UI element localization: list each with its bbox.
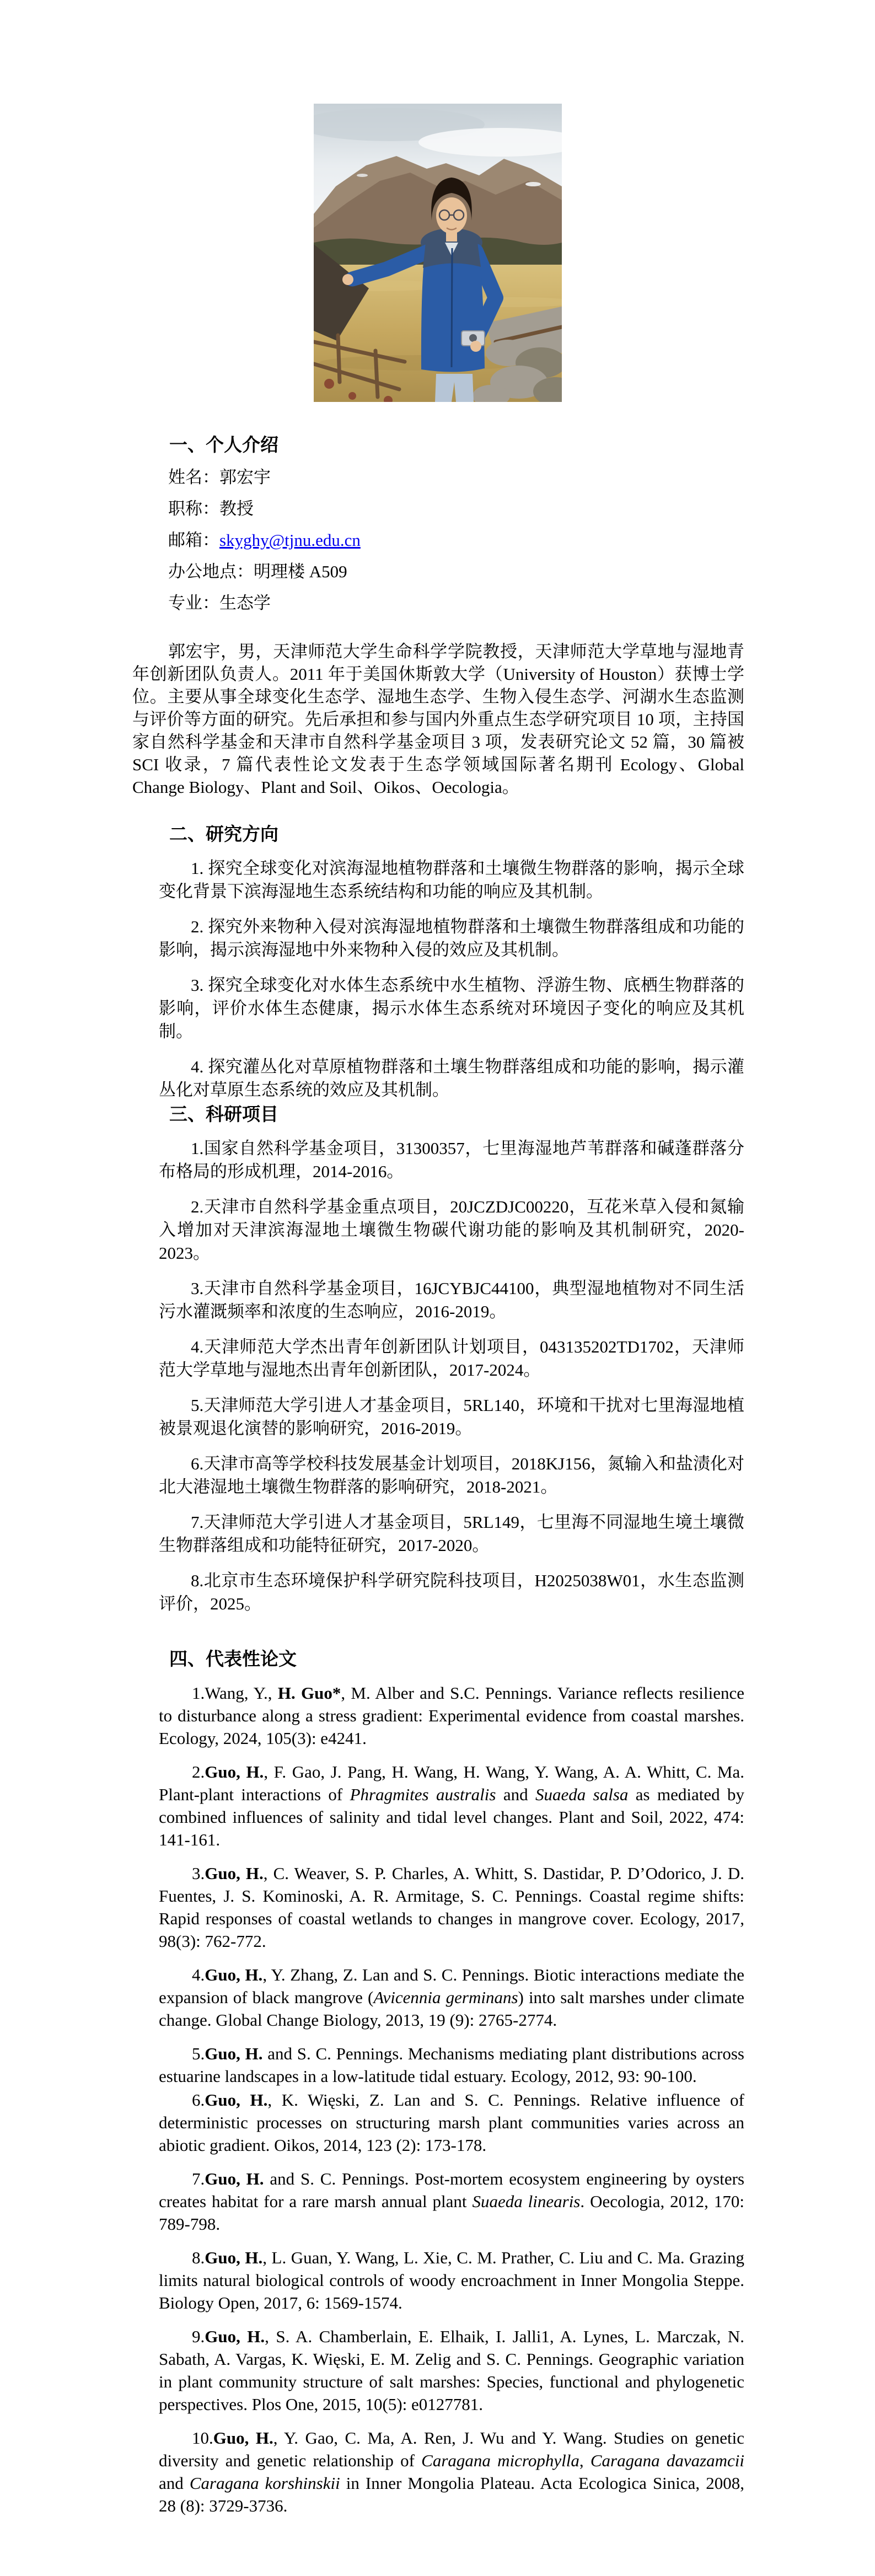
section-title-papers: 四、代表性论文 xyxy=(132,1647,744,1672)
section-title-personal-intro: 一、个人介绍 xyxy=(132,433,744,458)
research-direction-list: 1. 探究全球变化对滨海湿地植物群落和土壤微生物群落的影响，揭示全球变化背景下滨… xyxy=(132,857,744,1102)
field-title: 职称：教授 xyxy=(132,497,744,520)
paper-item: 9.Guo, H., S. A. Chamberlain, E. Elhaik,… xyxy=(159,2325,744,2416)
research-direction-item: 2. 探究外来物种入侵对滨海湿地植物群落和土壤微生物群落组成和功能的影响，揭示滨… xyxy=(159,915,744,962)
paper-item: 4.Guo, H., Y. Zhang, Z. Lan and S. C. Pe… xyxy=(159,1963,744,2031)
photo-snow-patch xyxy=(357,174,368,177)
research-direction-item: 4. 探究灌丛化对草原植物群落和土壤生物群落组成和功能的影响，揭示灌丛化对草原生… xyxy=(159,1055,744,1102)
project-item: 4.天津师范大学杰出青年创新团队计划项目，043135202TD1702，天津师… xyxy=(159,1335,744,1382)
section-title-projects: 三、科研项目 xyxy=(132,1103,744,1127)
photo-snow-patch xyxy=(525,182,541,186)
field-major-value: 生态学 xyxy=(219,593,271,613)
project-item: 8.北京市生态环境保护科学研究院科技项目，H2025038W01，水生态监测评价… xyxy=(159,1569,744,1616)
profile-fields: 姓名：郭宏宇 职称：教授 邮箱：skyghy@tjnu.edu.cn 办公地点：… xyxy=(132,466,744,615)
project-item: 6.天津市高等学校科技发展基金计划项目，2018KJ156，氮输入和盐渍化对北大… xyxy=(159,1452,744,1499)
document-content: 一、个人介绍 姓名：郭宏宇 职称：教授 邮箱：skyghy@tjnu.edu.c… xyxy=(132,433,744,2517)
research-direction-item: 3. 探究全球变化对水体生态系统中水生植物、浮游生物、底栖生物群落的影响，评价水… xyxy=(159,974,744,1043)
field-major-label: 专业： xyxy=(168,593,219,613)
bio-paragraph: 郭宏宇，男，天津师范大学生命科学学院教授，天津师范大学草地与湿地青年创新团队负责… xyxy=(132,640,744,798)
document-page: 一、个人介绍 姓名：郭宏宇 职称：教授 邮箱：skyghy@tjnu.edu.c… xyxy=(0,0,875,2576)
research-direction-item: 1. 探究全球变化对滨海湿地植物群落和土壤微生物群落的影响，揭示全球变化背景下滨… xyxy=(159,857,744,903)
paper-item: 7.Guo, H. and S. C. Pennings. Post-morte… xyxy=(159,2167,744,2235)
project-item: 7.天津师范大学引进人才基金项目，5RL149，七里海不同湿地生境土壤微生物群落… xyxy=(159,1511,744,1557)
profile-photo xyxy=(314,0,562,402)
field-major: 专业：生态学 xyxy=(132,592,744,615)
field-office-value: 明理楼 A509 xyxy=(254,562,347,581)
field-email-label: 邮箱： xyxy=(168,530,219,550)
email-link[interactable]: skyghy@tjnu.edu.cn xyxy=(219,530,361,550)
paper-item: 10.Guo, H., Y. Gao, C. Ma, A. Ren, J. Wu… xyxy=(159,2427,744,2517)
field-name-value: 郭宏宇 xyxy=(219,468,271,487)
field-name: 姓名：郭宏宇 xyxy=(132,466,744,489)
field-name-label: 姓名： xyxy=(168,468,219,487)
profile-photo-illustration xyxy=(314,104,562,402)
photo-shrub xyxy=(324,379,334,389)
paper-item: 6.Guo, H., K. Więski, Z. Lan and S. C. P… xyxy=(159,2089,744,2156)
field-office-label: 办公地点： xyxy=(168,562,254,581)
paper-item: 3.Guo, H., C. Weaver, S. P. Charles, A. … xyxy=(159,1862,744,1952)
paper-list: 1.Wang, Y., H. Guo*, M. Alber and S.C. P… xyxy=(132,1682,744,2517)
paper-item: 1.Wang, Y., H. Guo*, M. Alber and S.C. P… xyxy=(159,1682,744,1749)
paper-item: 5.Guo, H. and S. C. Pennings. Mechanisms… xyxy=(159,2042,744,2087)
project-item: 5.天津师范大学引进人才基金项目，5RL140，环境和干扰对七里海湿地植被景观退… xyxy=(159,1394,744,1440)
section-title-research-directions: 二、研究方向 xyxy=(132,823,744,847)
field-office: 办公地点：明理楼 A509 xyxy=(132,560,744,583)
project-list: 1.国家自然科学基金项目，31300357，七里海湿地芦苇群落和碱蓬群落分布格局… xyxy=(132,1137,744,1616)
field-email: 邮箱：skyghy@tjnu.edu.cn xyxy=(132,529,744,552)
field-title-value: 教授 xyxy=(219,499,254,518)
paper-item: 2.Guo, H., F. Gao, J. Pang, H. Wang, H. … xyxy=(159,1761,744,1851)
paper-item: 8.Guo, H., L. Guan, Y. Wang, L. Xie, C. … xyxy=(159,2246,744,2314)
project-item: 2.天津市自然科学基金重点项目，20JCZDJC00220，互花米草入侵和氮输入… xyxy=(159,1195,744,1265)
project-item: 3.天津市自然科学基金项目，16JCYBJC44100，典型湿地植物对不同生活污… xyxy=(159,1277,744,1323)
photo-shrub xyxy=(348,392,356,400)
field-title-label: 职称： xyxy=(168,499,219,518)
project-item: 1.国家自然科学基金项目，31300357，七里海湿地芦苇群落和碱蓬群落分布格局… xyxy=(159,1137,744,1183)
